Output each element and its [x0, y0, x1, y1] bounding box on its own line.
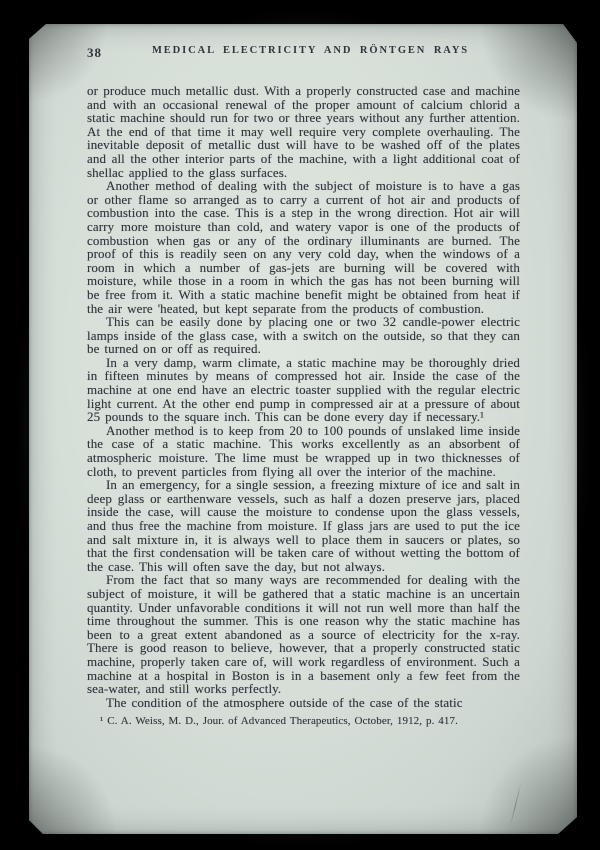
running-title: MEDICAL ELECTRICITY AND RÖNTGEN RAYS [87, 45, 520, 56]
footnote: ¹ C. A. Weiss, M. D., Jour. of Advanced … [87, 715, 520, 728]
body-text: or produce much metallic dust. With a pr… [87, 84, 520, 709]
page-content: 38 MEDICAL ELECTRICITY AND RÖNTGEN RAYS … [87, 42, 520, 808]
paragraph: From the fact that so many ways are reco… [87, 573, 520, 695]
paragraph: This can be easily done by placing one o… [87, 315, 520, 356]
paragraph: The condition of the atmosphere outside … [87, 696, 520, 710]
paragraph: Another method is to keep from 20 to 100… [87, 424, 520, 478]
paragraph: In a very damp, warm climate, a static m… [87, 356, 520, 424]
book-page: 38 MEDICAL ELECTRICITY AND RÖNTGEN RAYS … [29, 24, 577, 834]
paragraph: or produce much metallic dust. With a pr… [87, 84, 520, 179]
paragraph: Another method of dealing with the subje… [87, 179, 520, 315]
photo-of-book-page: 38 MEDICAL ELECTRICITY AND RÖNTGEN RAYS … [0, 0, 600, 850]
running-head: 38 MEDICAL ELECTRICITY AND RÖNTGEN RAYS [87, 45, 520, 61]
paragraph: In an emergency, for a single session, a… [87, 478, 520, 573]
page-number: 38 [87, 45, 102, 61]
